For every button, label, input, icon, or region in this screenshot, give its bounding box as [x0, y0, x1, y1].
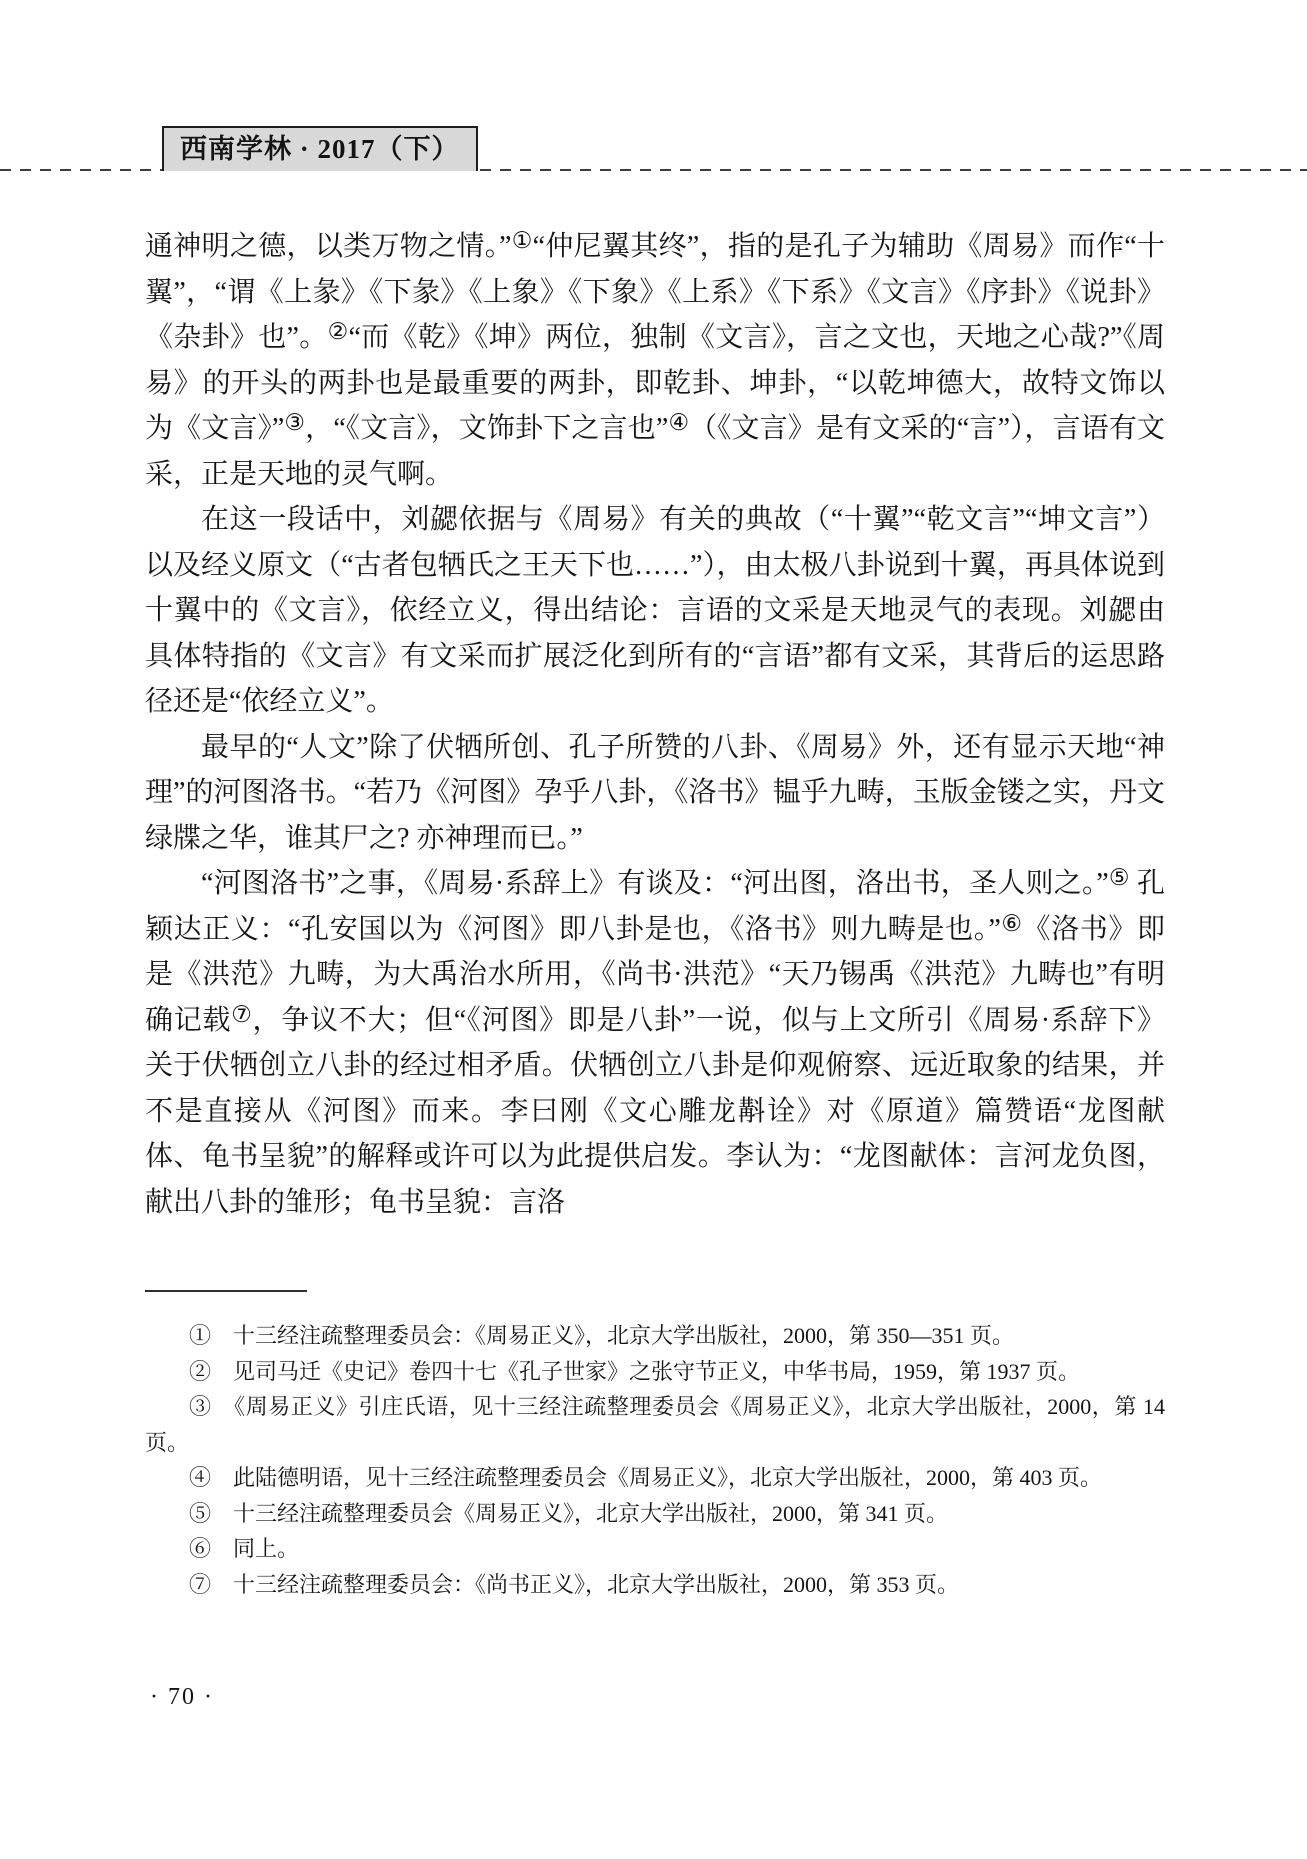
- paragraph: 在这一段话中，刘勰依据与《周易》有关的典故（“十翼”“乾文言”“坤文言”）以及经…: [145, 497, 1165, 725]
- footnote: ⑦ 十三经注疏整理委员会：《尚书正义》，北京大学出版社，2000，第 353 页…: [145, 1567, 1165, 1603]
- journal-header-badge: 西南学林 · 2017（下）: [162, 126, 478, 171]
- paragraph: 最早的“人文”除了伏牺所创、孔子所赞的八卦、《周易》外，还有显示天地“神理”的河…: [145, 725, 1165, 862]
- footnote: ⑥ 同上。: [145, 1531, 1165, 1567]
- footnote: ⑤ 十三经注疏整理委员会《周易正义》，北京大学出版社，2000，第 341 页。: [145, 1496, 1165, 1532]
- footnote-divider: [145, 1290, 307, 1292]
- main-text: 通神明之德，以类万物之情。”①“仲尼翼其终”，指的是孔子为辅助《周易》而作“十翼…: [145, 224, 1165, 1225]
- paragraph: 通神明之德，以类万物之情。”①“仲尼翼其终”，指的是孔子为辅助《周易》而作“十翼…: [145, 224, 1165, 497]
- page-number: · 70 ·: [150, 1684, 214, 1711]
- book-page: { "header": { "journal_badge": "西南学林 · 2…: [0, 0, 1307, 1859]
- footnote: ① 十三经注疏整理委员会：《周易正义》，北京大学出版社，2000，第 350—3…: [145, 1318, 1165, 1354]
- footnote: ③ 《周易正义》引庄氏语，见十三经注疏整理委员会《周易正义》，北京大学出版社，2…: [145, 1389, 1165, 1460]
- paragraph: “河图洛书”之事，《周易·系辞上》有谈及：“河出图，洛出书，圣人则之。”⑤ 孔颖…: [145, 861, 1165, 1225]
- footnotes-section: ① 十三经注疏整理委员会：《周易正义》，北京大学出版社，2000，第 350—3…: [145, 1318, 1165, 1602]
- footnote: ② 见司马迁《史记》卷四十七《孔子世家》之张守节正义，中华书局，1959，第 1…: [145, 1354, 1165, 1390]
- journal-title: 西南学林 · 2017（下）: [180, 134, 460, 164]
- footnote: ④ 此陆德明语，见十三经注疏整理委员会《周易正义》，北京大学出版社，2000，第…: [145, 1460, 1165, 1496]
